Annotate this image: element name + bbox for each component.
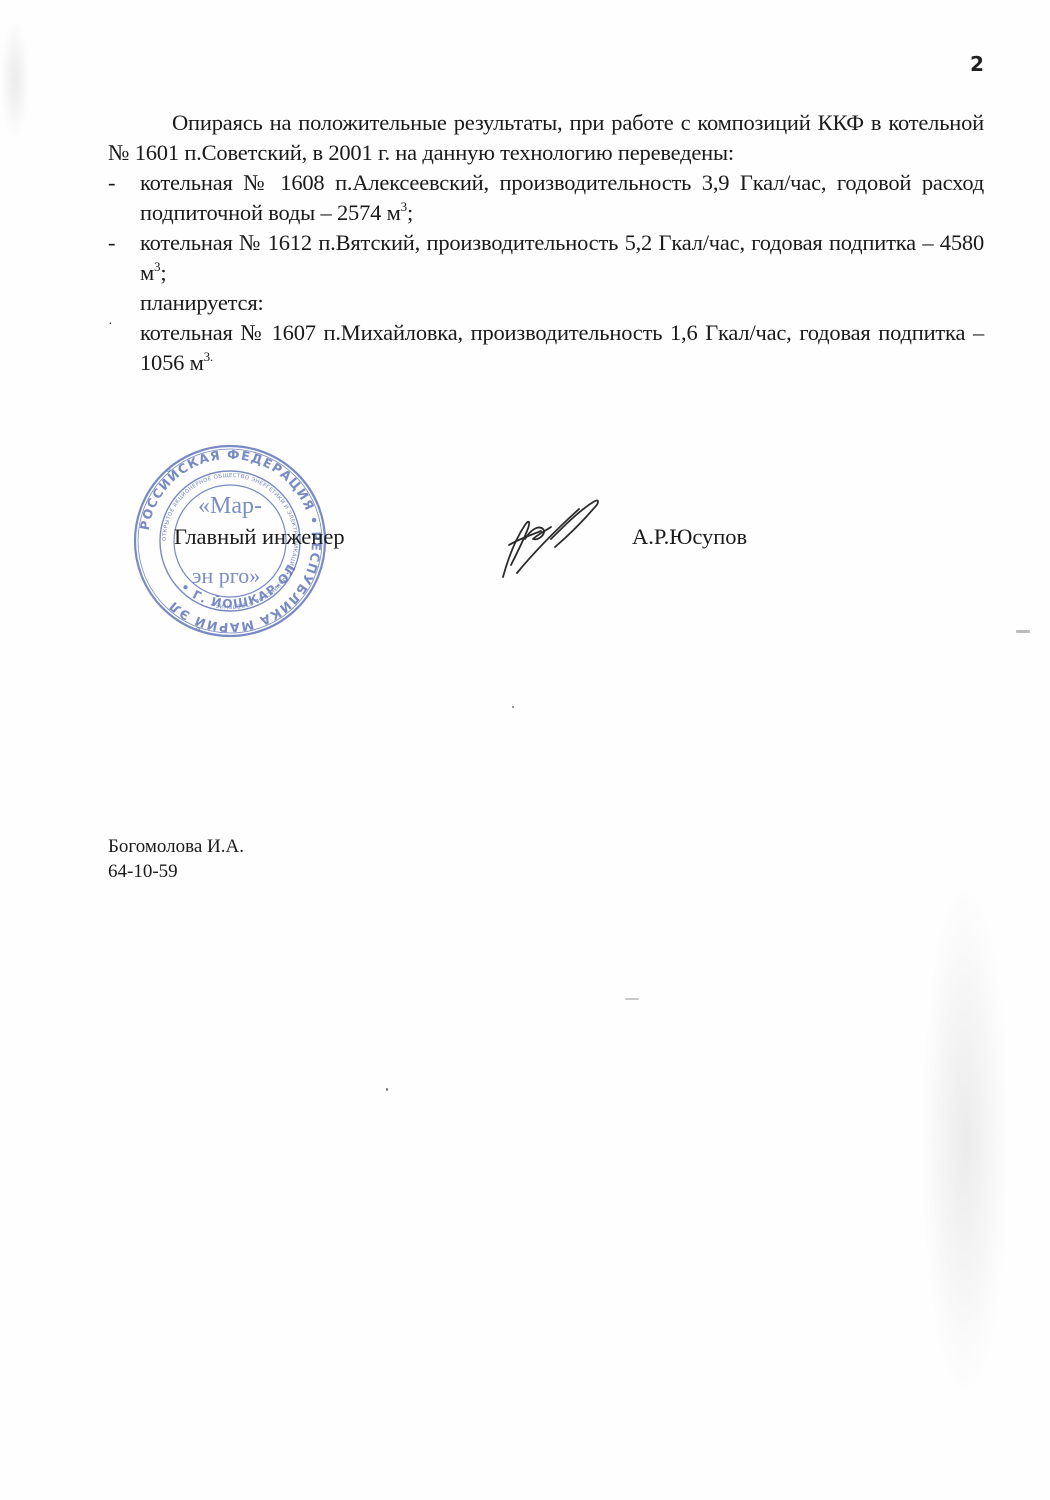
svg-text:эн рго»: эн рго» <box>192 563 260 588</box>
list-marker: - <box>108 228 115 258</box>
scan-speck <box>386 1088 388 1091</box>
superscript: 3. <box>204 349 213 364</box>
scan-shadow <box>0 20 30 140</box>
planned-label: планируется: <box>108 288 984 318</box>
scan-speck <box>1016 630 1030 633</box>
executor-info: Богомолова И.А. 64-10-59 <box>108 834 244 884</box>
list-item: ·котельная № 1607 п.Михайловка, производ… <box>108 318 984 378</box>
list-item-text: котельная № 1608 п.Алексеевский, произво… <box>140 170 984 225</box>
svg-text:«Мар-: «Мар- <box>198 493 262 519</box>
scan-speck <box>625 998 639 1000</box>
list-marker: - <box>108 168 115 198</box>
list-item-text: котельная № 1612 п.Вятский, производител… <box>140 230 984 285</box>
list-item: -котельная № 1612 п.Вятский, производите… <box>108 228 984 288</box>
scan-shadow <box>920 880 1010 1400</box>
list-item-text: котельная № 1607 п.Михайловка, производи… <box>140 320 984 375</box>
signature-icon <box>495 495 610 585</box>
list-marker: · <box>108 310 112 340</box>
executor-phone: 64-10-59 <box>108 859 244 884</box>
scan-speck <box>512 706 514 708</box>
list-item-suffix: ; <box>160 260 166 285</box>
executor-name: Богомолова И.А. <box>108 834 244 859</box>
list-item-suffix: ; <box>407 200 413 225</box>
page-number: 2 <box>970 52 984 76</box>
list-item: -котельная № 1608 п.Алексеевский, произв… <box>108 168 984 228</box>
intro-paragraph: Опираясь на положительные результаты, пр… <box>108 108 984 168</box>
document-body: Опираясь на положительные результаты, пр… <box>108 108 984 378</box>
signatory-title: Главный инженер <box>174 524 345 550</box>
document-page: 2 Опираясь на положительные результаты, … <box>0 0 1050 1500</box>
signer-name: А.Р.Юсупов <box>632 524 747 550</box>
